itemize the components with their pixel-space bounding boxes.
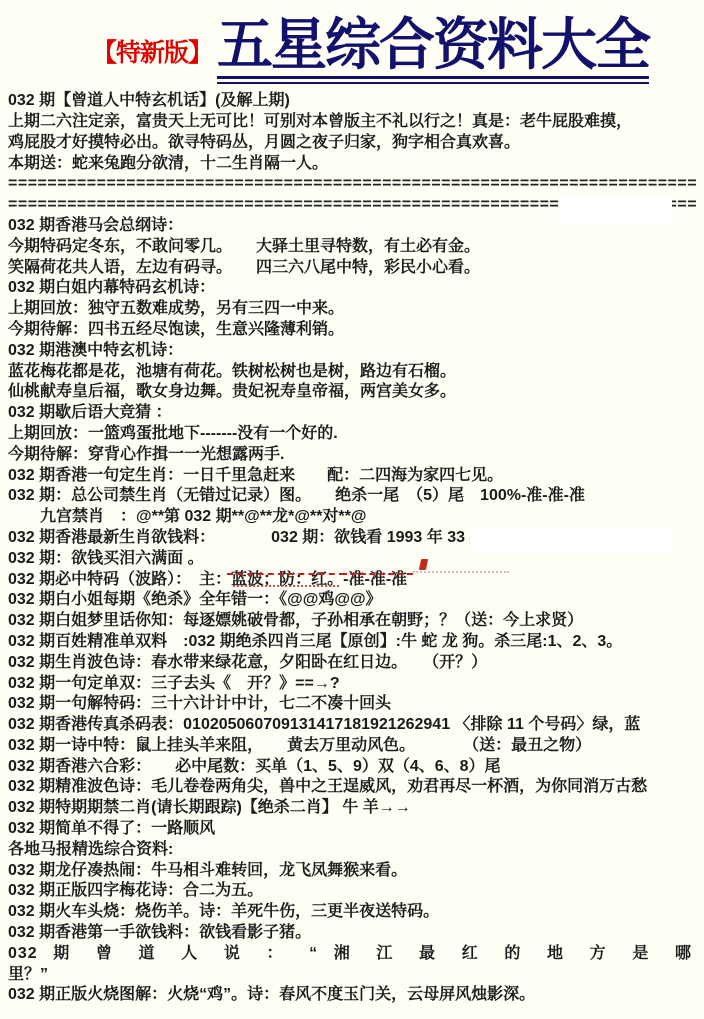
text-line: 032 期香港传真杀码表：010205060709131417181921262…	[8, 715, 700, 736]
text-line: 032 期香港六合彩： 必中尾数：买单（1、5、9）双（4、6、8）尾	[8, 757, 700, 778]
edition-label: 【特新版】	[92, 33, 212, 69]
text-line: 上期二六注定亲，富贵天上无可比！可别对本曾版主不礼以行之！真是：老牛屁股难摸，	[8, 112, 700, 133]
text-line: 九宫禁肖 ：@**第 032 期**@**龙*@**对**@	[8, 507, 700, 528]
text-line: 032 期百姓精准单双料 :032 期绝杀四肖三尾【原创】:牛 蛇 龙 狗。杀三…	[8, 632, 700, 653]
text-line: 032 期 曾 道 人 说 ： “ 湘 江 最 红 的 地 方 是 哪	[8, 944, 700, 965]
text-line: 032 期特期期禁二肖(请长期跟踪)【绝杀二肖】 牛 羊→→	[8, 798, 700, 819]
text-line: 032 期港澳中特玄机诗：	[8, 341, 700, 362]
fax-sheet: 【特新版】 五星综合资料大全 032 期【曾道人中特玄机话】(及解上期)上期二六…	[0, 0, 704, 1019]
text-line: 032 期生肖波色诗：春水带来绿花意，夕阳卧在红日边。 （开？）	[8, 653, 700, 674]
separator-line: ========================================…	[8, 174, 700, 195]
text-line: 上期回放：独守五数难成势，另有三四一中来。	[8, 299, 700, 320]
text-line: 032 期：总公司禁生肖（无错过记录）图。 绝杀一尾 （5）尾 100%-准-准…	[8, 486, 700, 507]
text-line: 032 期歇后语大竞猜 ：	[8, 403, 700, 424]
text-line: 032 期正版四字梅花诗：合二为五。	[8, 881, 700, 902]
strike-line-prefix: 032 期必中特码（波路）： 主：	[8, 571, 231, 588]
page-header: 【特新版】 五星综合资料大全	[0, 0, 704, 79]
text-line: 032 期龙仔凑热闹：牛马相斗难转回，龙飞凤舞猴来看。	[8, 861, 700, 882]
text-line: 032 期白小姐每期《绝杀》全年错一：《@@鸡@@》	[8, 590, 700, 611]
text-line: 蓝花梅花都是花，池塘有荷花。铁树松树也是树，路边有石榴。	[8, 362, 700, 383]
text-line: 今期待解：四书五经尽饱读，生意兴隆薄利销。	[8, 320, 700, 341]
text-line: 笑隔荷花共人语，左边有码寻。 四三六八尾中特，彩民小心看。	[8, 258, 700, 279]
scan-whiteout-patch	[470, 528, 670, 554]
text-line: 032 期【曾道人中特玄机话】(及解上期)	[8, 91, 700, 112]
strike-line-marked: 蓝波；防：红。	[231, 571, 343, 588]
text-line: 本期送：蛇来兔跑分欲清，十二生肖隔一人。	[8, 154, 700, 175]
text-line: 032 期香港第一手欲钱料：欲钱看影子猪。	[8, 923, 700, 944]
strike-line: 032 期必中特码（波路）： 主：蓝波；防：红。-准-准-准	[8, 570, 700, 591]
text-line: 032 期一诗中特：鼠上挂头羊来阻， 黄去万里动风色。 （送：最丑之物）	[8, 736, 700, 757]
text-line: 032 期简单不得了：一路顺风	[8, 819, 700, 840]
text-line: 鸡屁股才好摸特必出。欲寻特码丛，月圆之夜子归家，狗字相合真欢喜。	[8, 133, 700, 154]
text-line: 今期特码定冬东，不敢问零几。 大驿土里寻特数，有土必有金。	[8, 237, 700, 258]
scan-whiteout-patch	[560, 196, 672, 224]
text-line: 032 期白姐梦里话你知：每逐嫖姚破骨都，子孙相承在朝野；？（送：今上求贤）	[8, 611, 700, 632]
text-line: 今期待解：穿背心作揖一一光想露两手.	[8, 445, 700, 466]
faint-dotted-line	[413, 571, 509, 574]
text-line: 上期回放：一篮鸡蛋批地下-------没有一个好的.	[8, 424, 700, 445]
text-line: 032 期精准波色诗：毛儿卷卷两角尖，兽中之王逞威风，劝君再尽一杯酒，为你同消万…	[8, 777, 700, 798]
text-line: 仙桃献寿皇后福，歌女身边舞。贵妃祝寿皇帝福，两宫美女多。	[8, 382, 700, 403]
text-line: 032 期香港一句定生肖：一日千里急赶来 配：二四海为家四七见。	[8, 466, 700, 487]
strike-line-suffix: -准-准-准	[343, 571, 407, 588]
text-line: 032 期正版火烧图解：火烧“鸡”。诗：春风不度玉门关，云母屏风烛影深。	[8, 985, 700, 1006]
text-line: 032 期一句解特码：三十六计计中计，七二不凑十回头	[8, 694, 700, 715]
text-line: 032 期火车头烧：烧伤羊。诗：羊死牛伤，三更半夜送特码。	[8, 902, 700, 923]
text-line: 里？”	[8, 965, 700, 986]
text-line: 032 期白姐内幕特码玄机诗：	[8, 278, 700, 299]
text-line: 各地马报精选综合资料:	[8, 840, 700, 861]
page-title: 五星综合资料大全	[217, 18, 649, 79]
text-line: 032 期一句定单双：三子去头《 开？》==→?	[8, 674, 700, 695]
